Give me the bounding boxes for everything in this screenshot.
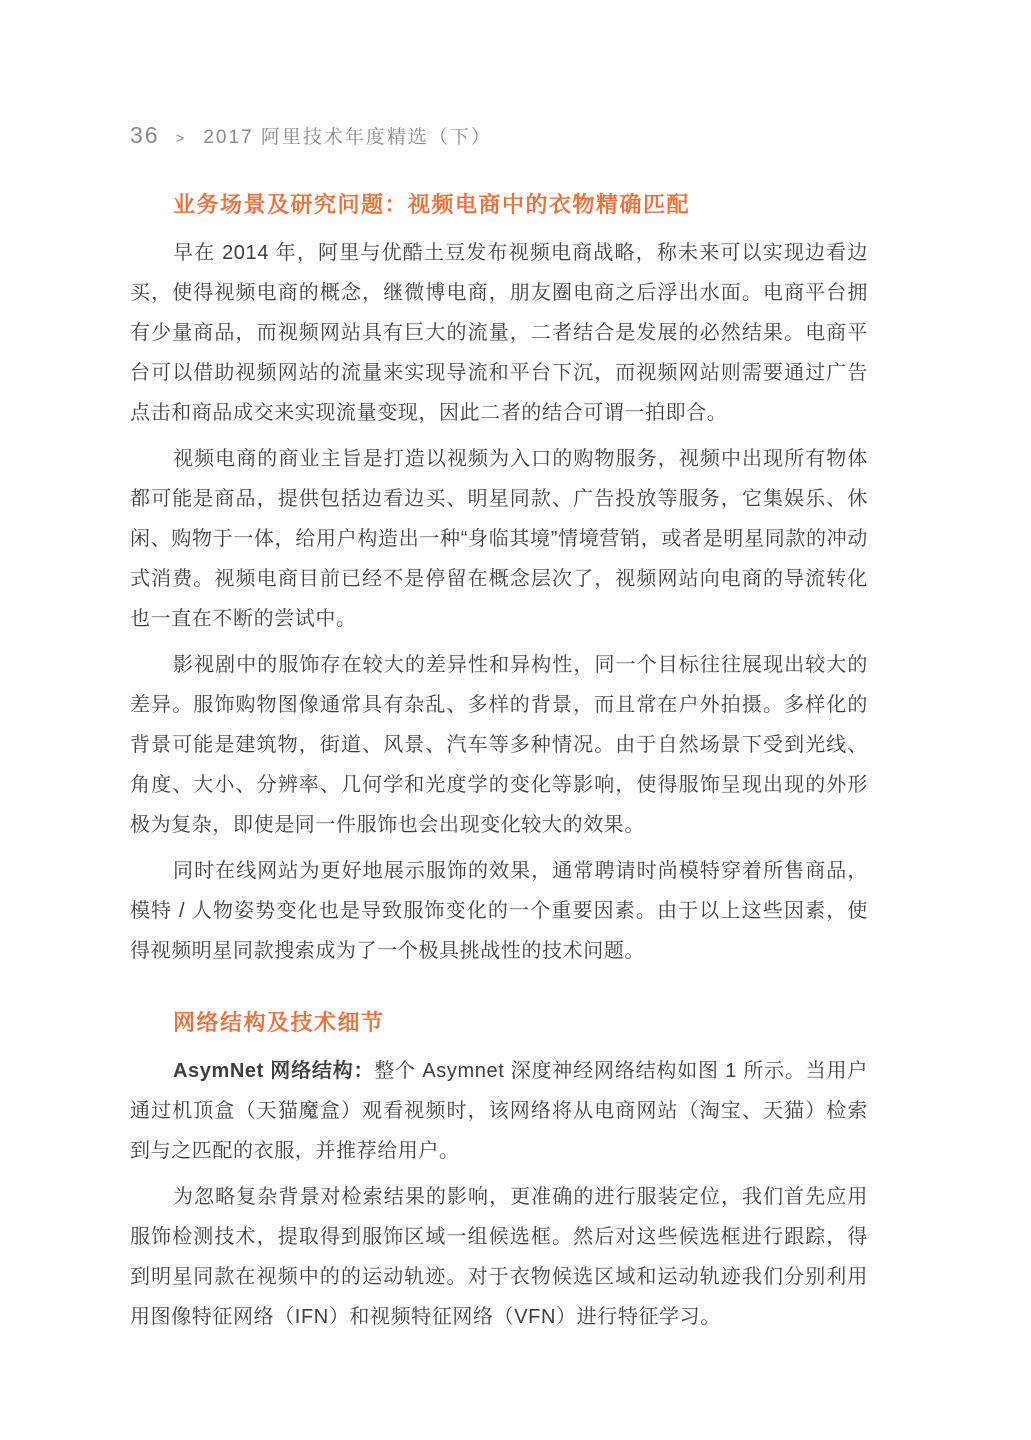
book-title: 2017 阿里技术年度精选（下） [203,122,492,149]
asymnet-bold-lead: AsymNet 网络结构： [173,1060,374,1082]
document-page: 36 > 2017 阿里技术年度精选（下） 业务场景及研究问题：视频电商中的衣物… [0,0,1031,1440]
page-number: 36 [130,122,160,149]
paragraph-model-pose-challenge: 同时在线网站为更好地展示服饰的效果，通常聘请时尚模特穿着所售商品，模特 / 人物… [130,851,868,971]
page-header: 36 > 2017 阿里技术年度精选（下） [130,122,868,148]
paragraph-clothing-variability: 影视剧中的服饰存在较大的差异性和异构性，同一个目标往往展现出较大的差异。服饰购物… [130,645,868,845]
section-heading-network-structure: 网络结构及技术细节 [130,1009,868,1037]
paragraph-detection-tracking: 为忽略复杂背景对检索结果的影响，更准确的进行服装定位，我们首先应用服饰检测技术，… [130,1177,868,1337]
paragraph-business-purpose: 视频电商的商业主旨是打造以视频为入口的购物服务，视频中出现所有物体都可能是商品，… [130,439,868,639]
section-heading-business-scenario: 业务场景及研究问题：视频电商中的衣物精确匹配 [130,191,868,219]
header-separator-chevron: > [176,130,186,147]
paragraph-asymnet-structure: AsymNet 网络结构：整个 Asymnet 深度神经网络结构如图 1 所示。… [130,1051,868,1171]
paragraph-video-ecommerce-strategy: 早在 2014 年，阿里与优酷土豆发布视频电商战略，称未来可以实现边看边买，使得… [130,233,868,433]
